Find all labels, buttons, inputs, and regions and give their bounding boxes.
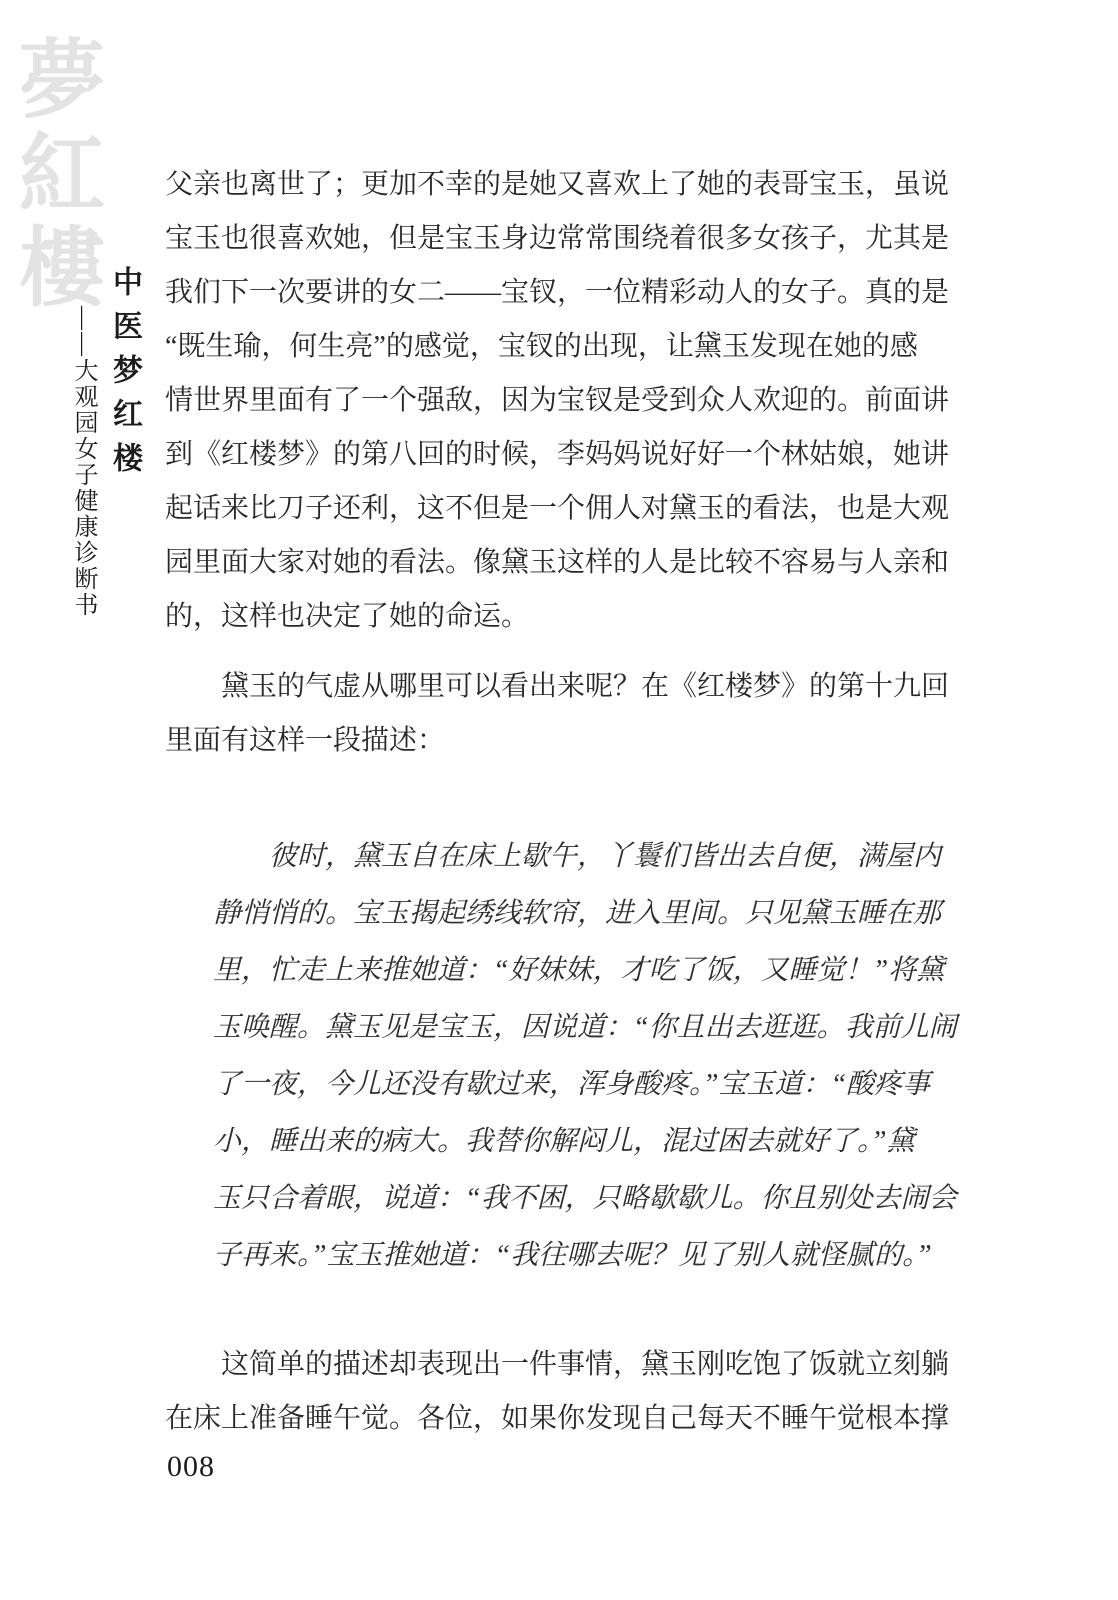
blockquote-hongloumeng-chapter19: 彼时，黛玉自在床上歇午，丫鬟们皆出去自便，满屋内 静悄悄的。宝玉揭起绣线软帘，进… [213,828,973,1284]
book-subtitle-vertical: ——大观园女子健康诊断书 [66,306,101,618]
book-series-title-vertical: 中医梦红楼 [102,266,146,486]
body-paragraph-2: 黛玉的气虚从哪里可以看出来呢？在《红楼梦》的第十九回 里面有这样一段描述： [165,660,985,768]
body-paragraph-3: 这简单的描述却表现出一件事情，黛玉刚吃饱了饭就立刻躺 在床上准备睡午觉。各位，如… [165,1338,985,1446]
book-page: 夢紅樓 中医梦红楼 ——大观园女子健康诊断书 父亲也离世了；更加不幸的是她又喜欢… [0,0,1118,1600]
seal-script-watermark: 夢紅樓 [6,34,102,316]
body-paragraph-1: 父亲也离世了；更加不幸的是她又喜欢上了她的表哥宝玉，虽说 宝玉也很喜欢她，但是宝… [165,158,985,644]
page-number: 008 [167,1450,215,1484]
